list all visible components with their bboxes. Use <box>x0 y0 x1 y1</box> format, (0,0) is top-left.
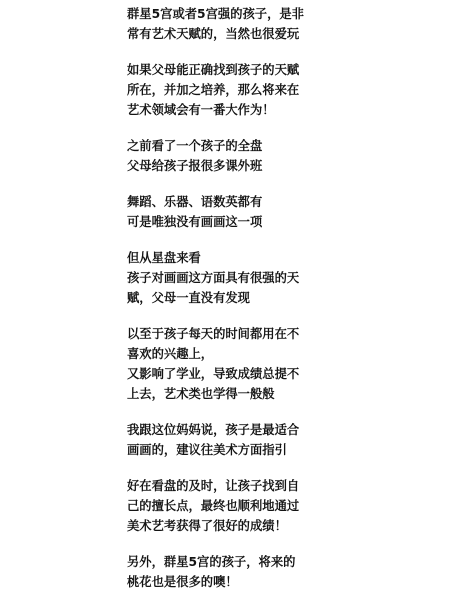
paragraph-2: 如果父母能正确找到孩子的天赋 所在，并加之培养，那么将来在 艺术领域会有一番大作… <box>127 60 307 120</box>
text-line: 之前看了一个孩子的全盘 <box>127 136 307 156</box>
text-line: 舞蹈、乐器、语数英都有 <box>127 192 307 212</box>
paragraph-4: 舞蹈、乐器、语数英都有 可是唯独没有画画这一项 <box>127 192 307 232</box>
text-line: 以至于孩子每天的时间都用在不 <box>127 324 307 344</box>
text-line: 又影响了学业，导致成绩总提不 <box>127 364 307 384</box>
text-line: 画画的，建议往美术方面指引 <box>127 440 307 460</box>
text-line: 可是唯独没有画画这一项 <box>127 212 307 232</box>
text-line: 桃花也是很多的噢！ <box>127 572 307 592</box>
text-line: 上去，艺术类也学得一般般 <box>127 384 307 404</box>
paragraph-9: 另外，群星5宫的孩子，将来的 桃花也是很多的噢！ <box>127 552 307 592</box>
text-line: 另外，群星5宫的孩子，将来的 <box>127 552 307 572</box>
paragraph-3: 之前看了一个孩子的全盘 父母给孩子报很多课外班 <box>127 136 307 176</box>
text-line: 父母给孩子报很多课外班 <box>127 156 307 176</box>
text-line: 我跟这位妈妈说，孩子是最适合 <box>127 420 307 440</box>
paragraph-1: 群星5宫或者5宫强的孩子，是非 常有艺术天赋的，当然也很爱玩 <box>127 4 307 44</box>
text-line: 孩子对画画这方面具有很强的天 <box>127 268 307 288</box>
paragraph-8: 好在看盘的及时，让孩子找到自 己的擅长点，最终也顺利地通过 美术艺考获得了很好的… <box>127 476 307 536</box>
text-line: 艺术领域会有一番大作为！ <box>127 100 307 120</box>
text-line: 群星5宫或者5宫强的孩子，是非 <box>127 4 307 24</box>
text-line: 所在，并加之培养，那么将来在 <box>127 80 307 100</box>
text-line: 赋，父母一直没有发现 <box>127 288 307 308</box>
text-line: 喜欢的兴趣上， <box>127 344 307 364</box>
paragraph-5: 但从星盘来看 孩子对画画这方面具有很强的天 赋，父母一直没有发现 <box>127 248 307 308</box>
text-line: 己的擅长点，最终也顺利地通过 <box>127 496 307 516</box>
article-body: 群星5宫或者5宫强的孩子，是非 常有艺术天赋的，当然也很爱玩 如果父母能正确找到… <box>127 4 307 600</box>
paragraph-6: 以至于孩子每天的时间都用在不 喜欢的兴趣上， 又影响了学业，导致成绩总提不 上去… <box>127 324 307 404</box>
text-line: 常有艺术天赋的，当然也很爱玩 <box>127 24 307 44</box>
text-line: 如果父母能正确找到孩子的天赋 <box>127 60 307 80</box>
text-line: 但从星盘来看 <box>127 248 307 268</box>
text-line: 美术艺考获得了很好的成绩！ <box>127 516 307 536</box>
paragraph-7: 我跟这位妈妈说，孩子是最适合 画画的，建议往美术方面指引 <box>127 420 307 460</box>
text-line: 好在看盘的及时，让孩子找到自 <box>127 476 307 496</box>
